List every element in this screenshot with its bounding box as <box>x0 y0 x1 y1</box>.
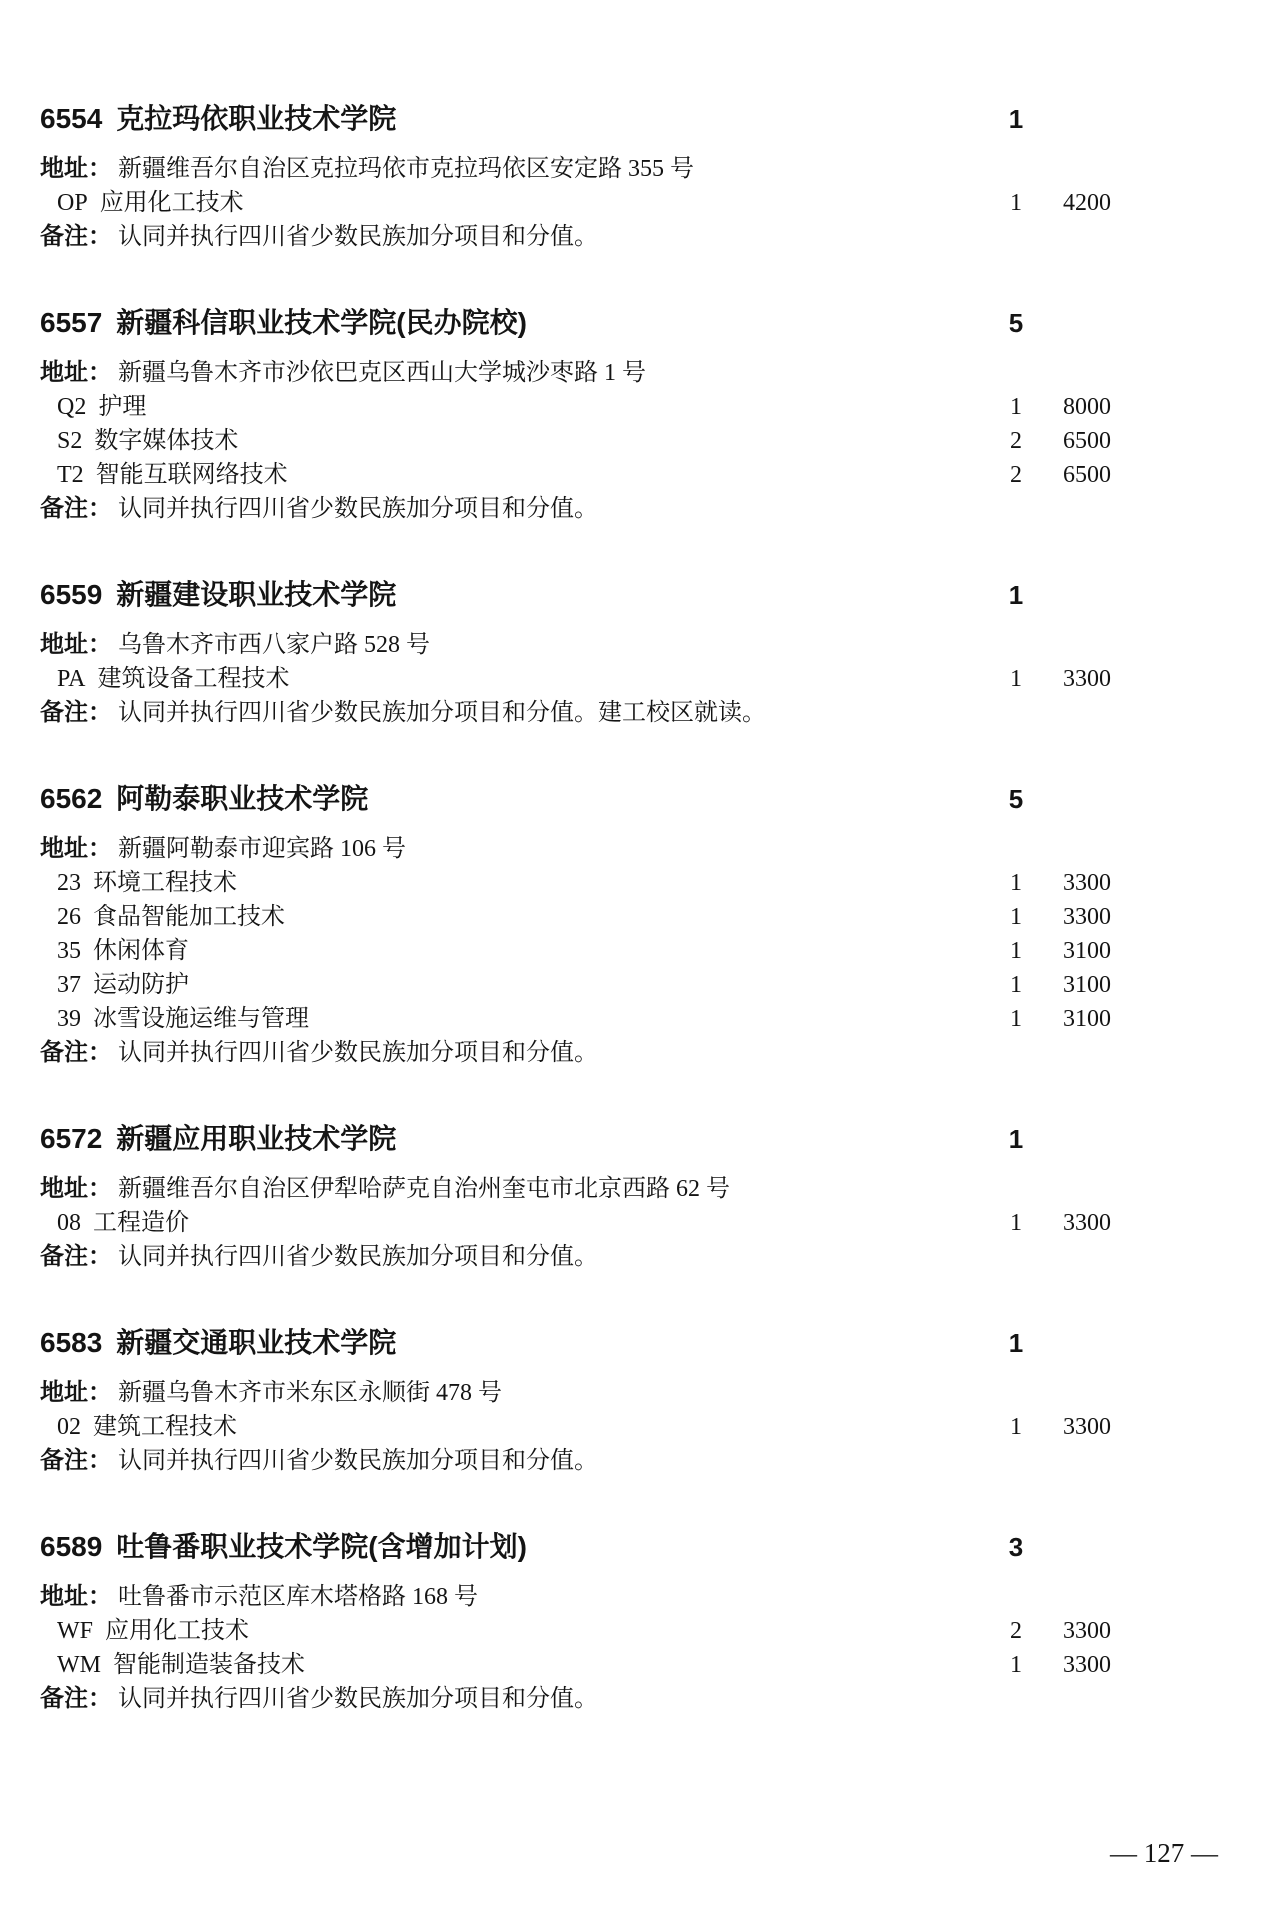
address-row: 地址：新疆乌鲁木齐市米东区永顺街 478 号 <box>40 1376 1230 1410</box>
major-code: T2 <box>57 462 84 488</box>
remark-text: 认同并执行四川省少数民族加分项目和分值。 <box>118 1244 598 1270</box>
school-code: 6554 <box>40 103 102 134</box>
major-name: 环境工程技术 <box>93 870 237 896</box>
major-name: 休闲体育 <box>93 938 189 964</box>
address-row: 地址：新疆阿勒泰市迎宾路 106 号 <box>40 832 1230 866</box>
major-code: 35 <box>57 938 81 964</box>
remark-row: 备注：认同并执行四川省少数民族加分项目和分值。 <box>40 1444 1230 1478</box>
remark-text: 认同并执行四川省少数民族加分项目和分值。 <box>118 224 598 250</box>
major-row: PA建筑设备工程技术 1 3300 <box>40 662 1230 696</box>
major-name: 食品智能加工技术 <box>93 904 285 930</box>
school-section-6559: 6559新疆建设职业技术学院 1 地址：乌鲁木齐市西八家户路 528 号 PA建… <box>40 576 1230 730</box>
address-label: 地址： <box>40 835 112 862</box>
major-count: 2 <box>994 458 1038 492</box>
major-fee: 3100 <box>1063 934 1173 968</box>
major-row: 02建筑工程技术 1 3300 <box>40 1410 1230 1444</box>
address-row: 地址：新疆乌鲁木齐市沙依巴克区西山大学城沙枣路 1 号 <box>40 356 1230 390</box>
major-count: 1 <box>994 662 1038 696</box>
remark-row: 备注：认同并执行四川省少数民族加分项目和分值。 <box>40 220 1230 254</box>
address-row: 地址：吐鲁番市示范区库木塔格路 168 号 <box>40 1580 1230 1614</box>
major-code: WM <box>57 1652 101 1678</box>
remark-label: 备注： <box>40 495 112 522</box>
major-row: T2智能互联网络技术 2 6500 <box>40 458 1230 492</box>
school-plan-total: 5 <box>994 304 1038 342</box>
school-name: 新疆应用职业技术学院 <box>116 1123 396 1154</box>
major-row: OP应用化工技术 1 4200 <box>40 186 1230 220</box>
major-count: 1 <box>994 934 1038 968</box>
school-header: 6554克拉玛依职业技术学院 1 <box>40 100 1230 138</box>
admission-plan-page: 6554克拉玛依职业技术学院 1 地址：新疆维吾尔自治区克拉玛依市克拉玛依区安定… <box>0 0 1270 1911</box>
school-header: 6562阿勒泰职业技术学院 5 <box>40 780 1230 818</box>
address-label: 地址： <box>40 1379 112 1406</box>
school-section-6589: 6589吐鲁番职业技术学院(含增加计划) 3 地址：吐鲁番市示范区库木塔格路 1… <box>40 1528 1230 1716</box>
school-header: 6559新疆建设职业技术学院 1 <box>40 576 1230 614</box>
major-row: 37运动防护 1 3100 <box>40 968 1230 1002</box>
remark-row: 备注：认同并执行四川省少数民族加分项目和分值。建工校区就读。 <box>40 696 1230 730</box>
remark-row: 备注：认同并执行四川省少数民族加分项目和分值。 <box>40 1682 1230 1716</box>
address-label: 地址： <box>40 1583 112 1610</box>
address-text: 新疆维吾尔自治区克拉玛依市克拉玛依区安定路 355 号 <box>118 156 694 182</box>
major-count: 1 <box>994 900 1038 934</box>
major-count: 1 <box>994 968 1038 1002</box>
remark-label: 备注： <box>40 1447 112 1474</box>
major-name: 数字媒体技术 <box>94 428 238 454</box>
major-code: 39 <box>57 1006 81 1032</box>
major-row: 08工程造价 1 3300 <box>40 1206 1230 1240</box>
remark-label: 备注： <box>40 699 112 726</box>
major-row: WF应用化工技术 2 3300 <box>40 1614 1230 1648</box>
page-number: — 127 — <box>1110 1838 1218 1869</box>
major-name: 护理 <box>98 394 146 420</box>
school-code: 6589 <box>40 1531 102 1562</box>
school-header: 6572新疆应用职业技术学院 1 <box>40 1120 1230 1158</box>
major-fee: 3300 <box>1063 1206 1173 1240</box>
school-section-6557: 6557新疆科信职业技术学院(民办院校) 5 地址：新疆乌鲁木齐市沙依巴克区西山… <box>40 304 1230 526</box>
page-content: 6554克拉玛依职业技术学院 1 地址：新疆维吾尔自治区克拉玛依市克拉玛依区安定… <box>0 0 1270 1716</box>
major-fee: 4200 <box>1063 186 1173 220</box>
major-code: 26 <box>57 904 81 930</box>
address-row: 地址：新疆维吾尔自治区克拉玛依市克拉玛依区安定路 355 号 <box>40 152 1230 186</box>
major-fee: 3100 <box>1063 1002 1173 1036</box>
major-row: WM智能制造装备技术 1 3300 <box>40 1648 1230 1682</box>
school-plan-total: 1 <box>994 1324 1038 1362</box>
major-name: 建筑设备工程技术 <box>97 666 289 692</box>
major-fee: 6500 <box>1063 458 1173 492</box>
address-text: 新疆阿勒泰市迎宾路 106 号 <box>118 836 406 862</box>
major-name: 应用化工技术 <box>105 1618 249 1644</box>
remark-row: 备注：认同并执行四川省少数民族加分项目和分值。 <box>40 1036 1230 1070</box>
major-fee: 3300 <box>1063 1648 1173 1682</box>
major-name: 运动防护 <box>93 972 189 998</box>
school-name: 新疆建设职业技术学院 <box>116 579 396 610</box>
remark-text: 认同并执行四川省少数民族加分项目和分值。 <box>118 1686 598 1712</box>
major-name: 智能制造装备技术 <box>113 1652 305 1678</box>
address-label: 地址： <box>40 1175 112 1202</box>
major-row: S2数字媒体技术 2 6500 <box>40 424 1230 458</box>
major-count: 1 <box>994 1002 1038 1036</box>
school-header: 6583新疆交通职业技术学院 1 <box>40 1324 1230 1362</box>
school-plan-total: 5 <box>994 780 1038 818</box>
major-count: 1 <box>994 866 1038 900</box>
school-name: 新疆科信职业技术学院(民办院校) <box>116 307 527 338</box>
major-count: 1 <box>994 1206 1038 1240</box>
school-section-6572: 6572新疆应用职业技术学院 1 地址：新疆维吾尔自治区伊犁哈萨克自治州奎屯市北… <box>40 1120 1230 1274</box>
school-code: 6557 <box>40 307 102 338</box>
remark-label: 备注： <box>40 1039 112 1066</box>
major-name: 应用化工技术 <box>100 190 244 216</box>
major-fee: 6500 <box>1063 424 1173 458</box>
school-name: 克拉玛依职业技术学院 <box>116 103 396 134</box>
address-text: 乌鲁木齐市西八家户路 528 号 <box>118 632 430 658</box>
address-text: 新疆维吾尔自治区伊犁哈萨克自治州奎屯市北京西路 62 号 <box>118 1176 730 1202</box>
major-count: 1 <box>994 186 1038 220</box>
remark-text: 认同并执行四川省少数民族加分项目和分值。 <box>118 496 598 522</box>
major-row: 35休闲体育 1 3100 <box>40 934 1230 968</box>
major-fee: 3300 <box>1063 1410 1173 1444</box>
remark-row: 备注：认同并执行四川省少数民族加分项目和分值。 <box>40 492 1230 526</box>
remark-text: 认同并执行四川省少数民族加分项目和分值。 <box>118 1448 598 1474</box>
remark-label: 备注： <box>40 223 112 250</box>
school-name: 阿勒泰职业技术学院 <box>116 783 368 814</box>
address-label: 地址： <box>40 359 112 386</box>
major-count: 2 <box>994 1614 1038 1648</box>
major-row: 23环境工程技术 1 3300 <box>40 866 1230 900</box>
major-count: 1 <box>994 1410 1038 1444</box>
school-section-6562: 6562阿勒泰职业技术学院 5 地址：新疆阿勒泰市迎宾路 106 号 23环境工… <box>40 780 1230 1070</box>
major-code: 08 <box>57 1210 81 1236</box>
address-text: 吐鲁番市示范区库木塔格路 168 号 <box>118 1584 478 1610</box>
school-plan-total: 1 <box>994 1120 1038 1158</box>
major-row: 39冰雪设施运维与管理 1 3100 <box>40 1002 1230 1036</box>
major-code: S2 <box>57 428 82 454</box>
address-label: 地址： <box>40 631 112 658</box>
school-plan-total: 1 <box>994 100 1038 138</box>
address-row: 地址：新疆维吾尔自治区伊犁哈萨克自治州奎屯市北京西路 62 号 <box>40 1172 1230 1206</box>
remark-text: 认同并执行四川省少数民族加分项目和分值。 <box>118 1040 598 1066</box>
major-fee: 3100 <box>1063 968 1173 1002</box>
address-label: 地址： <box>40 155 112 182</box>
remark-row: 备注：认同并执行四川省少数民族加分项目和分值。 <box>40 1240 1230 1274</box>
remark-text: 认同并执行四川省少数民族加分项目和分值。建工校区就读。 <box>118 700 766 726</box>
major-row: Q2护理 1 8000 <box>40 390 1230 424</box>
school-code: 6572 <box>40 1123 102 1154</box>
major-row: 26食品智能加工技术 1 3300 <box>40 900 1230 934</box>
major-code: PA <box>57 666 85 692</box>
school-name: 新疆交通职业技术学院 <box>116 1327 396 1358</box>
school-plan-total: 1 <box>994 576 1038 614</box>
major-name: 智能互联网络技术 <box>96 462 288 488</box>
major-fee: 3300 <box>1063 662 1173 696</box>
address-row: 地址：乌鲁木齐市西八家户路 528 号 <box>40 628 1230 662</box>
school-code: 6562 <box>40 783 102 814</box>
major-code: 23 <box>57 870 81 896</box>
major-count: 2 <box>994 424 1038 458</box>
address-text: 新疆乌鲁木齐市沙依巴克区西山大学城沙枣路 1 号 <box>118 360 646 386</box>
remark-label: 备注： <box>40 1243 112 1270</box>
school-header: 6589吐鲁番职业技术学院(含增加计划) 3 <box>40 1528 1230 1566</box>
major-fee: 3300 <box>1063 1614 1173 1648</box>
major-name: 冰雪设施运维与管理 <box>93 1006 309 1032</box>
school-header: 6557新疆科信职业技术学院(民办院校) 5 <box>40 304 1230 342</box>
school-code: 6559 <box>40 579 102 610</box>
major-fee: 3300 <box>1063 900 1173 934</box>
major-code: WF <box>57 1618 93 1644</box>
school-section-6583: 6583新疆交通职业技术学院 1 地址：新疆乌鲁木齐市米东区永顺街 478 号 … <box>40 1324 1230 1478</box>
major-count: 1 <box>994 390 1038 424</box>
major-name: 建筑工程技术 <box>93 1414 237 1440</box>
major-fee: 8000 <box>1063 390 1173 424</box>
major-fee: 3300 <box>1063 866 1173 900</box>
major-code: 37 <box>57 972 81 998</box>
remark-label: 备注： <box>40 1685 112 1712</box>
major-name: 工程造价 <box>93 1210 189 1236</box>
school-name: 吐鲁番职业技术学院(含增加计划) <box>116 1531 527 1562</box>
school-plan-total: 3 <box>994 1528 1038 1566</box>
school-code: 6583 <box>40 1327 102 1358</box>
address-text: 新疆乌鲁木齐市米东区永顺街 478 号 <box>118 1380 502 1406</box>
major-code: OP <box>57 190 88 216</box>
major-count: 1 <box>994 1648 1038 1682</box>
school-section-6554: 6554克拉玛依职业技术学院 1 地址：新疆维吾尔自治区克拉玛依市克拉玛依区安定… <box>40 100 1230 254</box>
major-code: 02 <box>57 1414 81 1440</box>
major-code: Q2 <box>57 394 86 420</box>
